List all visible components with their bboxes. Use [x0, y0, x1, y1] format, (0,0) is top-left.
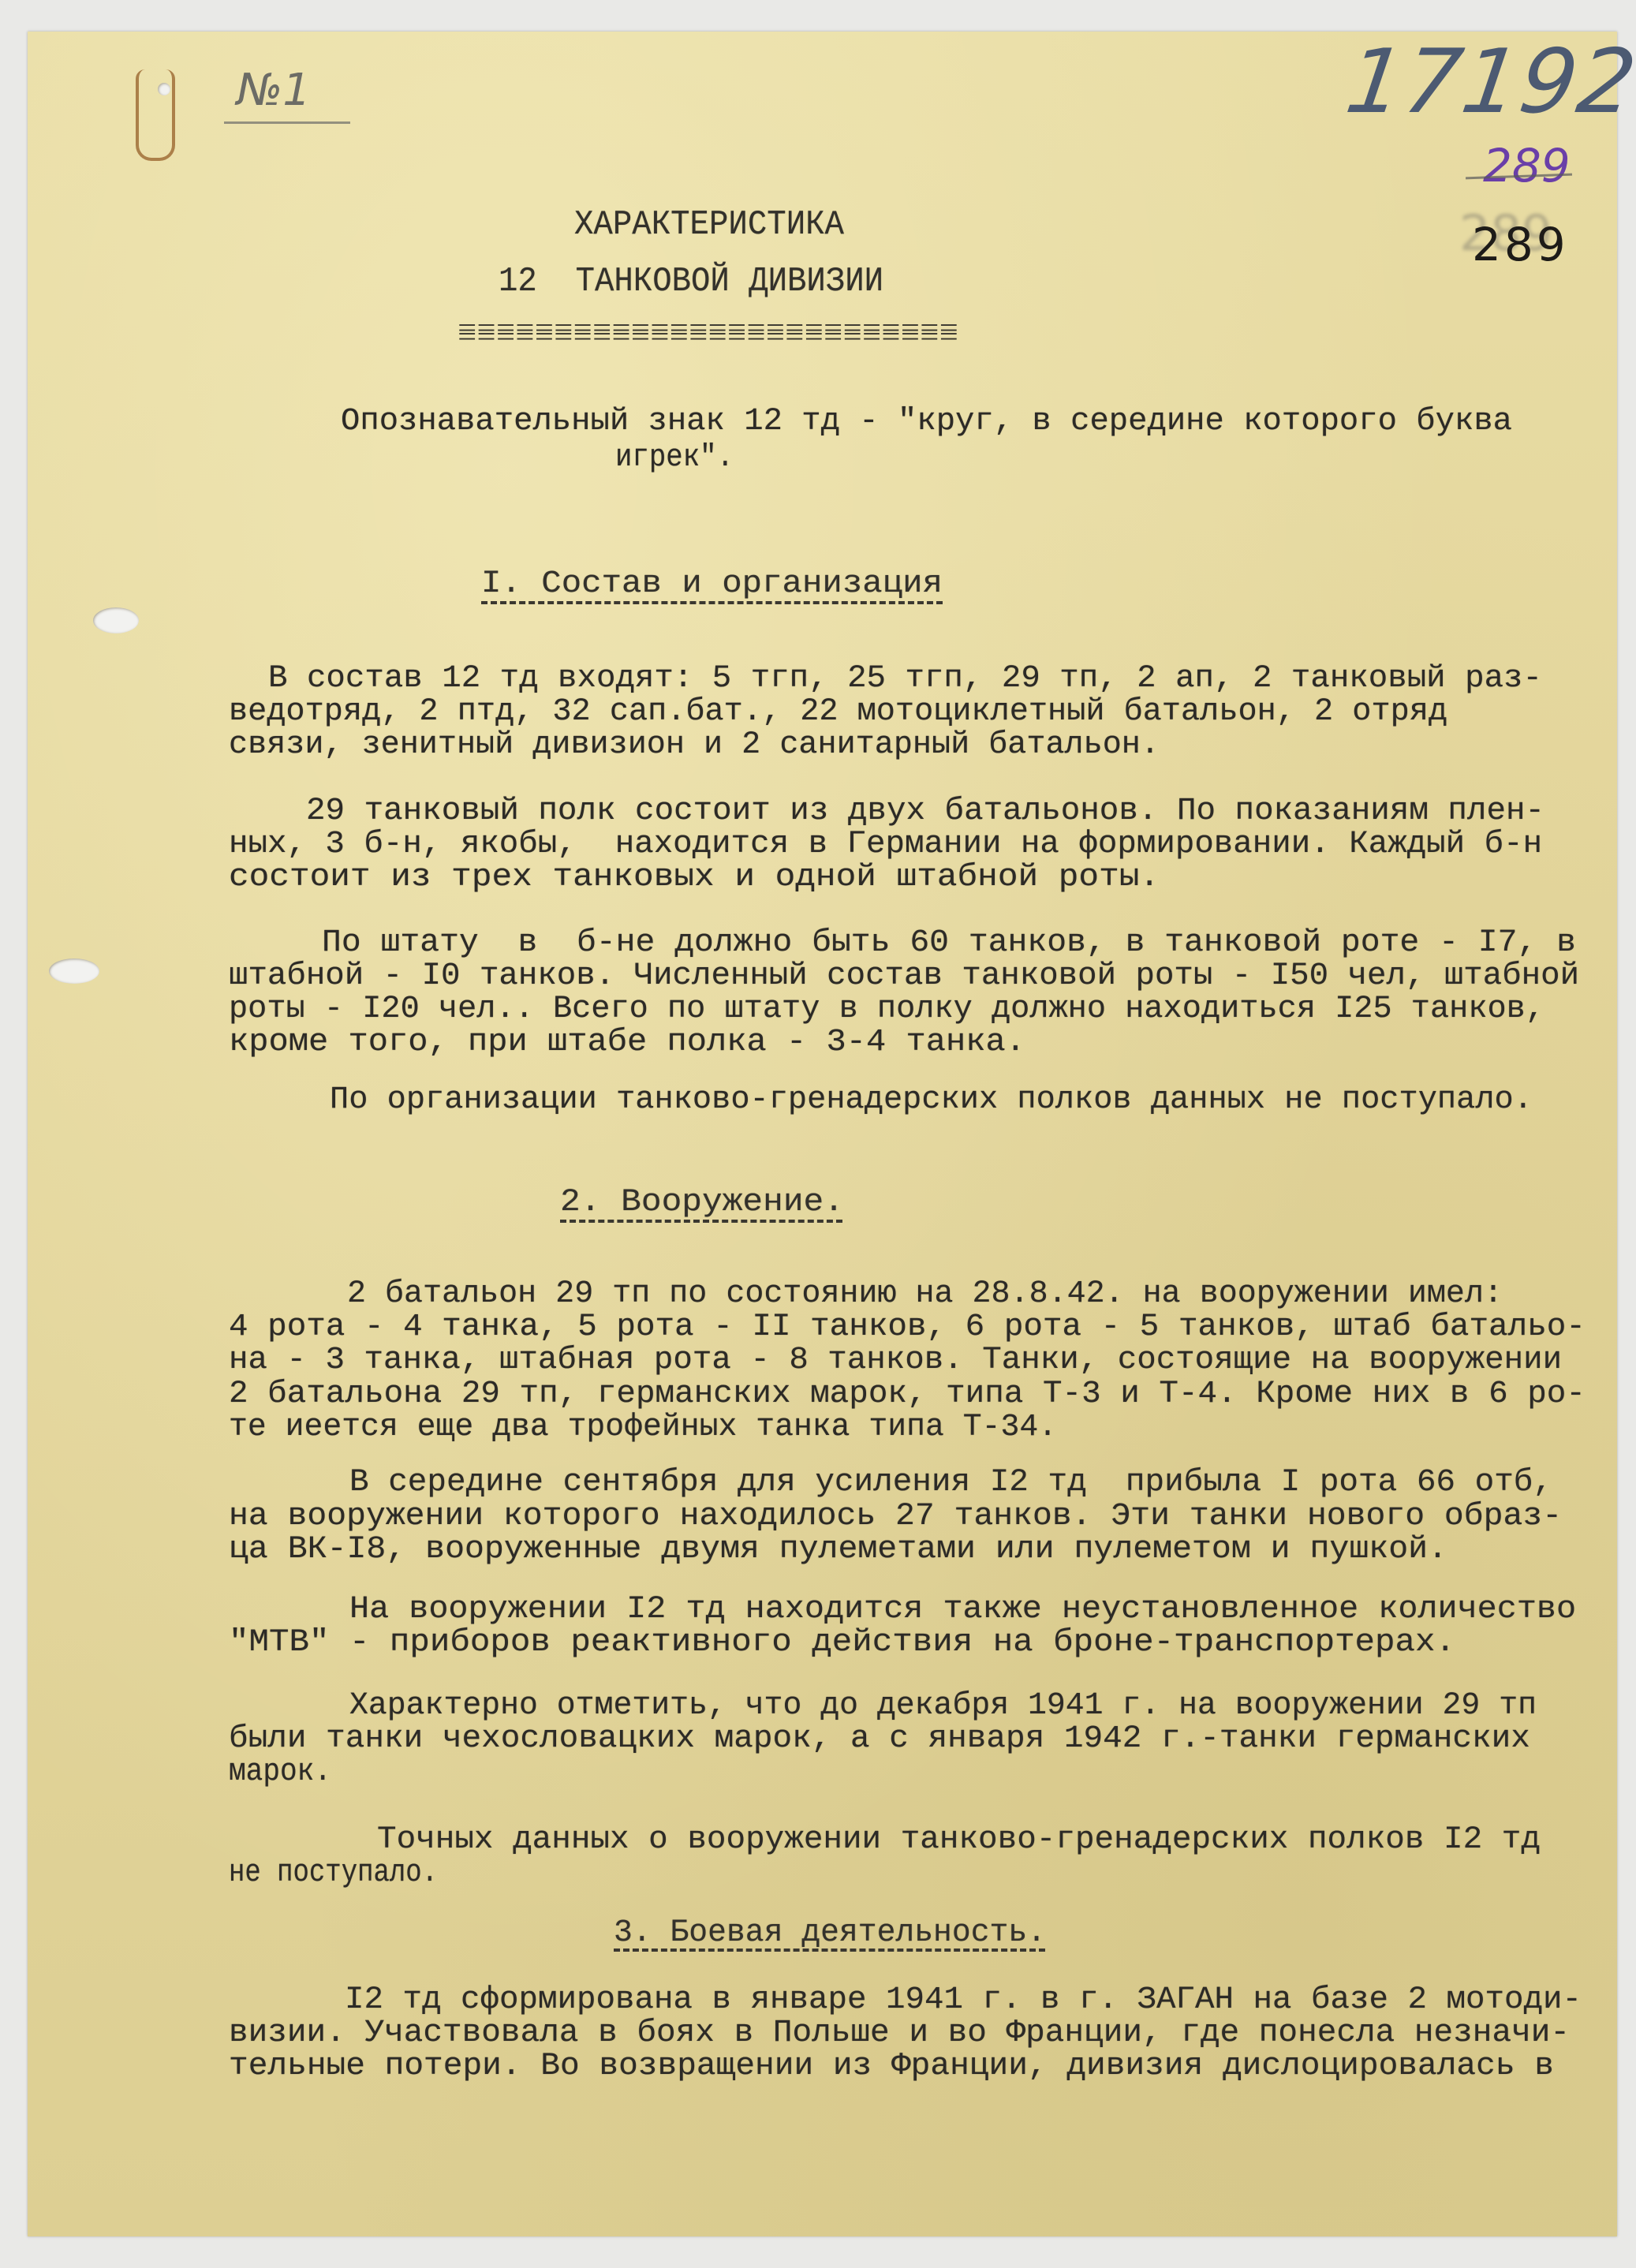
text-line: роты - I20 чел.. Всего по штату в полку … [229, 992, 1544, 1028]
punch-hole-top [93, 607, 139, 633]
text-line: "МТВ" - приборов реактивного действия на… [229, 1625, 1455, 1661]
sheet-mark-underline [224, 121, 350, 124]
heading-underline [614, 1949, 1045, 1952]
document-subtitle: 12 ТАНКОВОЙ ДИВИЗИИ [499, 263, 883, 300]
title-rule: ========================== [458, 332, 958, 343]
heading-underline [481, 601, 943, 604]
text-line: состоит из трех танковых и одной штабной… [229, 860, 1160, 896]
sheet-number-mark: №1 [237, 67, 311, 114]
text-line: ных, 3 б-н, якобы, находится в Германии … [229, 827, 1542, 863]
text-line: 29 танковый полк состоит из двух батальо… [306, 794, 1544, 830]
text-line: тельные потери. Во возвращении из Франци… [229, 2049, 1554, 2085]
text-line: Точных данных о вооружении танково-грена… [377, 1822, 1541, 1859]
archive-number: 17192 [1341, 38, 1636, 126]
text-line: визии. Участвовала в боях в Польше и во … [229, 2016, 1570, 2052]
text-line: 2 батальона 29 тп, германских марок, тип… [229, 1377, 1586, 1413]
text-line: ца ВК-I8, вооруженные двумя пулеметами и… [229, 1532, 1447, 1568]
text-line: Характерно отметить, что до декабря 1941… [349, 1688, 1537, 1724]
text-line: I2 тд сформирована в январе 1941 г. в г.… [345, 1982, 1582, 2019]
punch-hole-bottom [49, 958, 99, 984]
text-line: марок. [229, 1754, 331, 1791]
heading-underline [560, 1220, 842, 1223]
staple-mark [136, 69, 175, 161]
section-heading: I. Состав и организация [481, 566, 943, 603]
section-heading: 3. Боевая деятельность. [614, 1915, 1046, 1952]
old-page-number: 289 [1483, 142, 1571, 189]
text-line: В состав 12 тд входят: 5 тгп, 25 тгп, 29… [268, 661, 1542, 697]
text-line: 4 рота - 4 танка, 5 рота - II танков, 6 … [229, 1310, 1586, 1346]
text-line: По организации танково-гренадерских полк… [330, 1082, 1533, 1119]
text-line: кроме того, при штабе полка - 3-4 танка. [229, 1025, 1025, 1061]
text-line: штабной - I0 танков. Численный состав та… [229, 958, 1579, 995]
text-line: 2 батальон 29 тп по состоянию на 28.8.42… [347, 1276, 1503, 1313]
text-line: ведотряд, 2 птд, 32 сап.бат., 22 мотоцик… [229, 694, 1447, 730]
section-heading: 2. Вооружение. [560, 1185, 844, 1221]
text-line: игрек". [615, 440, 734, 476]
staple-hole [158, 83, 170, 95]
text-line: не поступало. [229, 1855, 438, 1892]
document-title: ХАРАКТЕРИСТИКА [574, 207, 844, 243]
text-line: на вооружении которого находилось 27 тан… [229, 1499, 1562, 1535]
text-line: Опознавательный знак 12 тд - "круг, в се… [341, 404, 1512, 440]
page-number-stamp: 289 [1472, 221, 1569, 268]
text-line: на - 3 танка, штабная рота - 8 танков. Т… [229, 1343, 1562, 1379]
text-line: На вооружении I2 тд находится также неус… [349, 1592, 1576, 1628]
text-line: были танки чехословацких марок, а с янва… [229, 1721, 1530, 1758]
text-line: те иеется еще два трофейных танка типа Т… [229, 1410, 1057, 1446]
document-page [28, 32, 1617, 2236]
text-line: связи, зенитный дивизион и 2 санитарный … [229, 727, 1160, 764]
text-line: По штату в б-не должно быть 60 танков, в… [322, 925, 1576, 962]
text-line: В середине сентября для усиления I2 тд п… [349, 1465, 1552, 1501]
